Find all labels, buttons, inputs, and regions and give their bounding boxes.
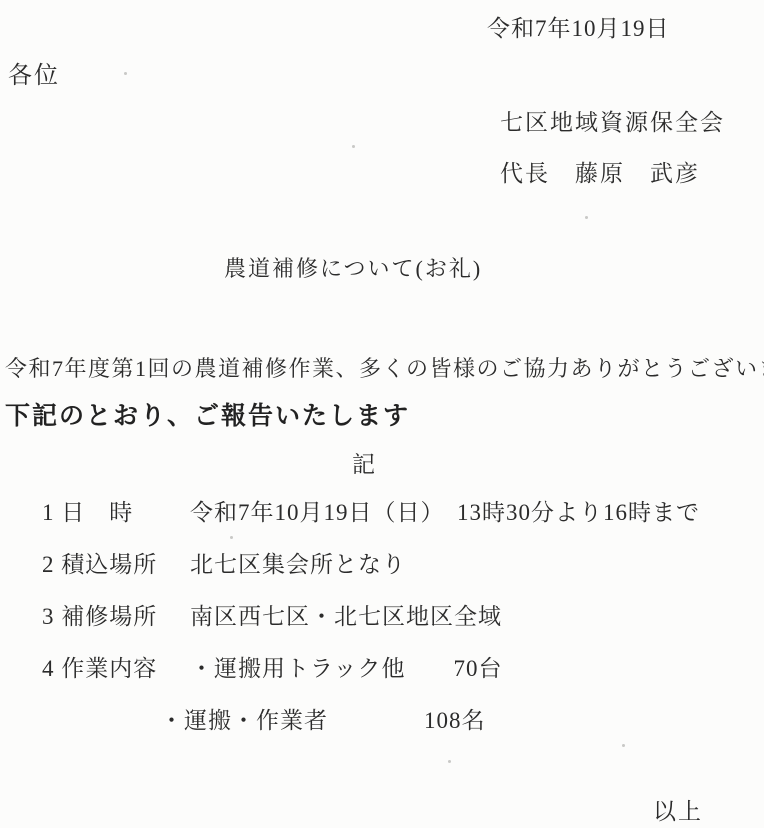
item-value: ・運搬・作業者 108名 [160,706,486,736]
closing-ijou: 以上 [653,793,703,826]
item-row: 2 積込場所 北七区集会所となり [42,550,700,580]
item-label: 1 日 時 [42,498,190,528]
ki-marker: 記 [352,446,375,479]
item-row: ・運搬・作業者 108名 [42,706,700,736]
scan-speck [448,760,451,763]
scan-speck [352,145,355,148]
scan-speck [585,216,588,219]
item-label: 4 作業内容 [42,654,190,684]
sender-name: 代長 藤原 武彦 [500,155,700,188]
date: 令和7年10月19日 [487,10,670,43]
item-row: 1 日 時 令和7年10月19日（日） 13時30分より16時まで [42,498,700,528]
scan-speck [230,536,233,539]
subject-title: 農道補修について(お礼) [224,252,482,283]
item-value: 令和7年10月19日（日） 13時30分より16時まで [190,498,700,528]
sender-org: 七区地域資源保全会 [500,104,725,137]
report-note: 下記のとおり、ご報告いたします [5,396,410,432]
recipient: 各位 [8,55,60,90]
item-label: 3 補修場所 [42,602,190,632]
scan-speck [124,72,127,75]
item-value: ・運搬用トラック他 70台 [190,654,503,684]
item-label: 2 積込場所 [42,550,190,580]
item-row: 3 補修場所 南区西七区・北七区地区全域 [42,602,700,632]
item-label [42,706,160,736]
item-value: 南区西七区・北七区地区全域 [190,602,502,632]
item-value: 北七区集会所となり [190,550,406,580]
item-row: 4 作業内容 ・運搬用トラック他 70台 [42,654,700,684]
document-page: 令和7年10月19日 各位 七区地域資源保全会 代長 藤原 武彦 農道補修につい… [0,0,764,828]
item-list: 1 日 時 令和7年10月19日（日） 13時30分より16時まで 2 積込場所… [42,498,700,758]
scan-speck [622,744,625,747]
body-paragraph: 令和7年度第1回の農道補修作業、多くの皆様のご協力ありがとうございまし [5,352,764,383]
